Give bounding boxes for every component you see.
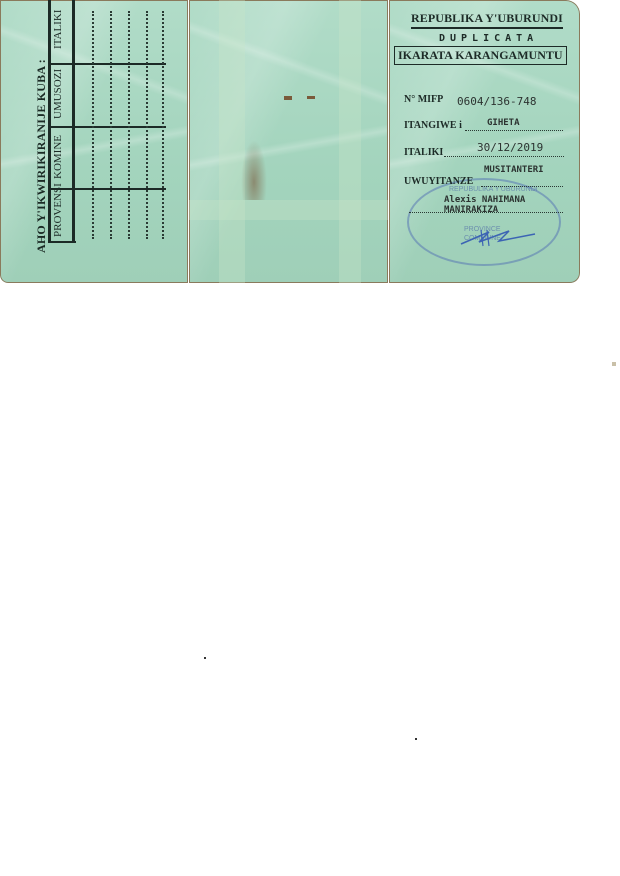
table-rule-top bbox=[48, 0, 51, 243]
signature-icon bbox=[459, 228, 539, 248]
issuer-title: MUSITANTERI bbox=[484, 165, 544, 175]
column-komine: KOMINE bbox=[52, 135, 64, 179]
number-label: N° MIFP bbox=[404, 94, 443, 105]
issued-at-label: ITANGIWE i bbox=[404, 120, 462, 131]
signature-dots bbox=[409, 212, 563, 213]
column-umusozi: UMUSOZI bbox=[52, 69, 64, 119]
date-dots bbox=[444, 156, 564, 157]
stain-spot bbox=[307, 96, 315, 99]
table-row bbox=[128, 11, 130, 239]
table-row bbox=[110, 11, 112, 239]
stain-spot bbox=[284, 96, 292, 100]
registration-table: AHO Y'IKWIRIKIRANIJE KUBA : PROVENSI KOM… bbox=[0, 0, 188, 283]
card-back-left-panel: AHO Y'IKWIRIKIRANIJE KUBA : PROVENSI KOM… bbox=[0, 0, 188, 283]
scan-speck bbox=[415, 738, 417, 740]
number-value: 0604/136-748 bbox=[457, 95, 536, 108]
country-title: REPUBLIKA Y'UBURUNDI bbox=[411, 11, 563, 29]
issuer-dots bbox=[481, 186, 563, 187]
column-provensi: PROVENSI bbox=[52, 183, 64, 237]
duplicate-label: DUPLICATA bbox=[439, 33, 538, 44]
table-rule-col3 bbox=[48, 63, 166, 65]
stamp-text: REPUBULIKA Y'UBURUNDI bbox=[449, 186, 538, 193]
date-label: ITALIKI bbox=[404, 147, 443, 158]
table-rule-left bbox=[48, 241, 76, 243]
table-rule-col2 bbox=[48, 126, 166, 128]
table-rule-header bbox=[72, 0, 75, 243]
table-rule-col1 bbox=[48, 188, 166, 190]
table-row bbox=[146, 11, 148, 239]
issuer-label: UWUYITANZE bbox=[404, 176, 473, 187]
scan-speck bbox=[204, 657, 206, 659]
official-stamp: REPUBULIKA Y'UBURUNDI PROVINCE COMMUNE bbox=[407, 178, 561, 266]
date-value: 30/12/2019 bbox=[477, 141, 543, 154]
issued-at-dots bbox=[465, 130, 563, 131]
tape-strip bbox=[189, 200, 388, 220]
table-row bbox=[92, 11, 94, 239]
column-italiki: ITALIKI bbox=[52, 10, 64, 49]
card-back-middle-panel bbox=[189, 0, 388, 283]
tape-strip bbox=[339, 0, 361, 283]
scan-speck bbox=[612, 362, 616, 366]
issued-at-value: GIHETA bbox=[487, 118, 520, 128]
registration-title: AHO Y'IKWIRIKIRANIJE KUBA : bbox=[34, 59, 49, 253]
card-title: IKARATA KARANGAMUNTU bbox=[394, 46, 567, 65]
card-front-panel: REPUBLIKA Y'UBURUNDI DUPLICATA IKARATA K… bbox=[389, 0, 580, 283]
table-row bbox=[162, 11, 164, 239]
stain bbox=[241, 140, 267, 200]
